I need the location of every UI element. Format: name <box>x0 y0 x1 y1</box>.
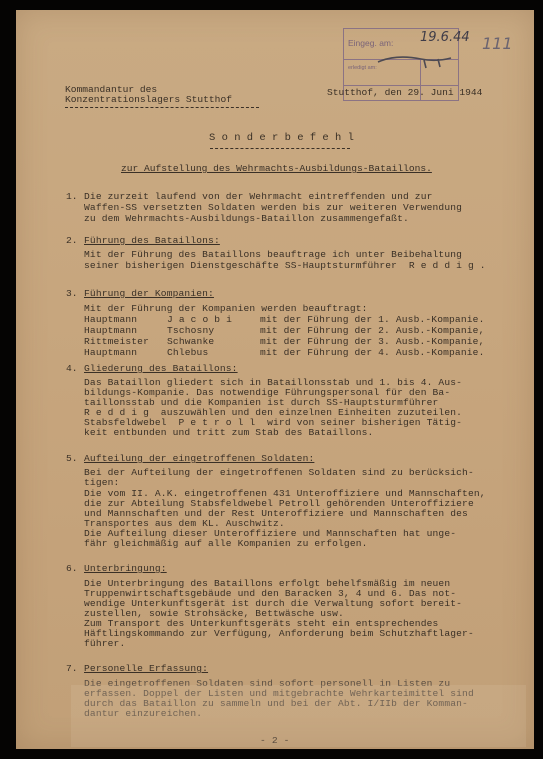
section-5-line: Bei der Aufteilung der eingetroffenen So… <box>84 468 474 479</box>
section-6-heading: Unterbringung: <box>84 564 167 575</box>
assignment-duty: mit der Führung der 4. Ausb.-Kompanie. <box>260 348 484 359</box>
document-subtitle: zur Aufstellung des Wehrmachts-Ausbildun… <box>121 164 432 174</box>
section-7-line: durch das Bataillon zu sammeln und bei d… <box>84 699 468 710</box>
section-1-number: 1. <box>66 192 78 203</box>
section-5-line: fähr gleichmäßig auf alle Kompanien zu e… <box>84 539 368 550</box>
section-7-heading: Personelle Erfassung: <box>84 664 208 675</box>
section-7-line: dantur einzureichen. <box>84 709 202 720</box>
section-1-line: zu dem Wehrmachts-Ausbildungs-Bataillon … <box>84 214 409 225</box>
folio-number: 111 <box>482 34 513 53</box>
page-number: - 2 - <box>260 736 290 747</box>
stamp-handwritten-date: 19.6.44 <box>420 30 470 45</box>
place-date: Stutthof, den 29. Juni 1944 <box>327 88 482 98</box>
document-page: Eingeg. am: erledigt am: 19.6.44 111 Kom… <box>16 10 534 749</box>
section-2-heading: Führung des Bataillons: <box>84 236 220 247</box>
assignment-rank: Hauptmann <box>84 348 137 359</box>
section-6-line: Häftlingskommando zur Verfügung, Anforde… <box>84 629 474 640</box>
section-3-heading: Führung der Kompanien: <box>84 289 214 300</box>
sender-line-2: Konzentrationslagers Stutthof <box>65 95 232 105</box>
stamp-received-label: Eingeg. am: <box>348 38 393 48</box>
section-2-number: 2. <box>66 236 78 247</box>
sender-underline <box>65 107 259 108</box>
section-6-line: führer. <box>84 639 125 650</box>
section-4-line: keit entbunden und tritt zum Stab des Ba… <box>84 428 373 439</box>
section-5-number: 5. <box>66 454 78 465</box>
section-2-line: seiner bisherigen Dienstgeschäfte SS-Hau… <box>84 261 486 272</box>
section-5-heading: Aufteilung der eingetroffenen Soldaten: <box>84 454 314 465</box>
document-title: S o n d e r b e f e h l <box>209 133 354 143</box>
title-underline <box>210 148 350 149</box>
section-4-heading: Gliederung des Bataillons: <box>84 364 238 375</box>
section-6-number: 6. <box>66 564 78 575</box>
handwritten-signature-icon <box>376 50 456 70</box>
section-7-line: erfassen. Doppel der Listen und mitgebra… <box>84 689 474 700</box>
assignment-name: Chlebus <box>167 348 208 359</box>
stamp-processed-label: erledigt am: <box>348 65 377 71</box>
section-3-number: 3. <box>66 289 78 300</box>
section-7-number: 7. <box>66 664 78 675</box>
section-7-line: Die eingetroffenen Soldaten sind sofort … <box>84 679 450 690</box>
section-4-number: 4. <box>66 364 78 375</box>
